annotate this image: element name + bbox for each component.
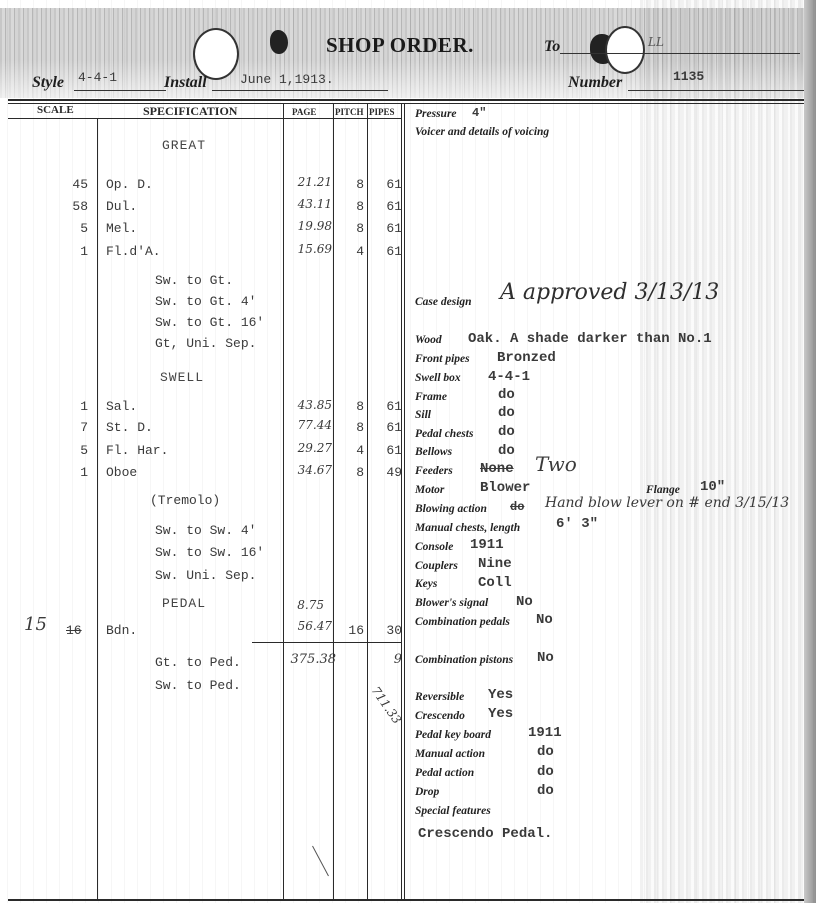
column-header-scale: SCALE — [37, 104, 74, 116]
motor-value: Blower — [480, 480, 530, 496]
coupler-item: Sw. to Gt. 4' — [155, 294, 256, 309]
keys-value: Coll — [478, 575, 512, 591]
drop-label: Drop — [415, 786, 439, 798]
special-features-label: Special features — [415, 805, 491, 817]
coupler-item: Sw. to Sw. 4' — [155, 523, 256, 538]
coupler-item: Sw. Uni. Sep. — [155, 568, 256, 583]
pipes-note: 9 — [370, 652, 402, 667]
document-title: SHOP ORDER. — [326, 33, 474, 58]
scale-handwritten: 15 — [24, 614, 47, 635]
combination-pistons-label: Combination pistons — [415, 654, 513, 666]
swell-box-label: Swell box — [415, 372, 461, 384]
blowing-action-value: Hand blow lever on # end 3/15/13 — [545, 495, 789, 511]
style-label: Style — [32, 74, 64, 92]
console-value: 1911 — [470, 537, 504, 553]
coupler-item: Sw. to Sw. 16' — [155, 545, 264, 560]
style-value: 4-4-1 — [78, 70, 117, 85]
total-rule — [252, 642, 402, 643]
reversible-label: Reversible — [415, 691, 464, 703]
coupler-item: Sw. to Gt. — [155, 273, 233, 288]
pedal-action-value: do — [537, 764, 554, 780]
pedal-key-board-label: Pedal key board — [415, 729, 491, 741]
console-label: Console — [415, 541, 453, 553]
column-header-pitch: PITCH — [335, 107, 364, 117]
motor-label: Motor — [415, 484, 444, 496]
column-header-page: PAGE — [292, 107, 316, 117]
coupler-item: Sw. to Gt. 16' — [155, 315, 264, 330]
page-total: 375.38 — [280, 652, 336, 667]
pedal-key-board-value: 1911 — [528, 725, 562, 741]
swell-box-value: 4-4-1 — [488, 369, 530, 385]
section-heading-great: GREAT — [162, 138, 206, 153]
front-pipes-label: Front pipes — [415, 353, 470, 365]
voicer-label: Voicer and details of voicing — [415, 126, 549, 138]
coupler-item: Sw. to Ped. — [155, 678, 241, 693]
couplers-value: Nine — [478, 556, 512, 572]
feeders-value: Two — [535, 452, 577, 476]
case-design-value: A approved 3/13/13 — [500, 280, 719, 305]
couplers-label: Couplers — [415, 560, 458, 572]
column-header-pipes: PIPES — [369, 107, 395, 117]
punch-hole-icon — [605, 26, 645, 74]
manual-action-value: do — [537, 744, 554, 760]
blowers-signal-label: Blower's signal — [415, 597, 488, 609]
install-value: June 1,1913. — [240, 72, 334, 87]
coupler-item: Gt. to Ped. — [155, 655, 241, 670]
to-value: LL — [648, 35, 664, 49]
case-design-label: Case design — [415, 296, 472, 308]
front-pipes-value: Bronzed — [497, 350, 556, 366]
special-features-value: Crescendo Pedal. — [418, 826, 552, 842]
combination-pistons-value: No — [537, 650, 554, 666]
number-value: 1135 — [673, 69, 704, 84]
frame-label: Frame — [415, 391, 447, 403]
manual-action-label: Manual action — [415, 748, 485, 760]
crescendo-value: Yes — [488, 706, 513, 722]
column-header-specification: SPECIFICATION — [143, 104, 237, 119]
blowing-action-label: Blowing action — [415, 503, 487, 515]
frame-value: do — [498, 387, 515, 403]
pedal-chests-label: Pedal chests — [415, 428, 473, 440]
scale-struck: 16 — [66, 623, 82, 638]
section-heading-pedal: PEDAL — [162, 596, 206, 611]
manual-chests-label: Manual chests, length — [415, 522, 520, 534]
pressure-label: Pressure — [415, 108, 457, 120]
pedal-action-label: Pedal action — [415, 767, 474, 779]
pipes-total: 711.33 — [369, 684, 405, 726]
install-label: Install — [164, 74, 207, 92]
punch-hole-icon — [193, 28, 239, 80]
wood-label: Wood — [415, 334, 442, 346]
drop-value: do — [537, 783, 554, 799]
blowing-action-struck: do — [510, 500, 524, 514]
pedal-chests-value: do — [498, 424, 515, 440]
feeders-label: Feeders — [415, 465, 453, 477]
sill-label: Sill — [415, 409, 431, 421]
keys-label: Keys — [415, 578, 437, 590]
combination-pedals-value: No — [536, 612, 553, 628]
flange-value: 10" — [700, 479, 725, 495]
bellows-value: do — [498, 443, 515, 459]
section-heading-swell: SWELL — [160, 370, 204, 385]
blowers-signal-value: No — [516, 594, 533, 610]
combination-pedals-label: Combination pedals — [415, 616, 510, 628]
pencil-mark — [312, 846, 329, 876]
wood-value: Oak. A shade darker than No.1 — [468, 331, 712, 347]
bellows-label: Bellows — [415, 446, 452, 458]
ink-blot-icon — [270, 30, 288, 54]
feeders-struck: None — [480, 461, 514, 477]
crescendo-label: Crescendo — [415, 710, 465, 722]
to-label: To — [544, 38, 560, 56]
number-label: Number — [568, 74, 622, 92]
tremolo-label: (Tremolo) — [150, 493, 220, 508]
manual-chests-value: 6' 3" — [556, 516, 598, 532]
pressure-value: 4" — [472, 106, 486, 120]
coupler-item: Gt, Uni. Sep. — [155, 336, 256, 351]
reversible-value: Yes — [488, 687, 513, 703]
sill-value: do — [498, 405, 515, 421]
